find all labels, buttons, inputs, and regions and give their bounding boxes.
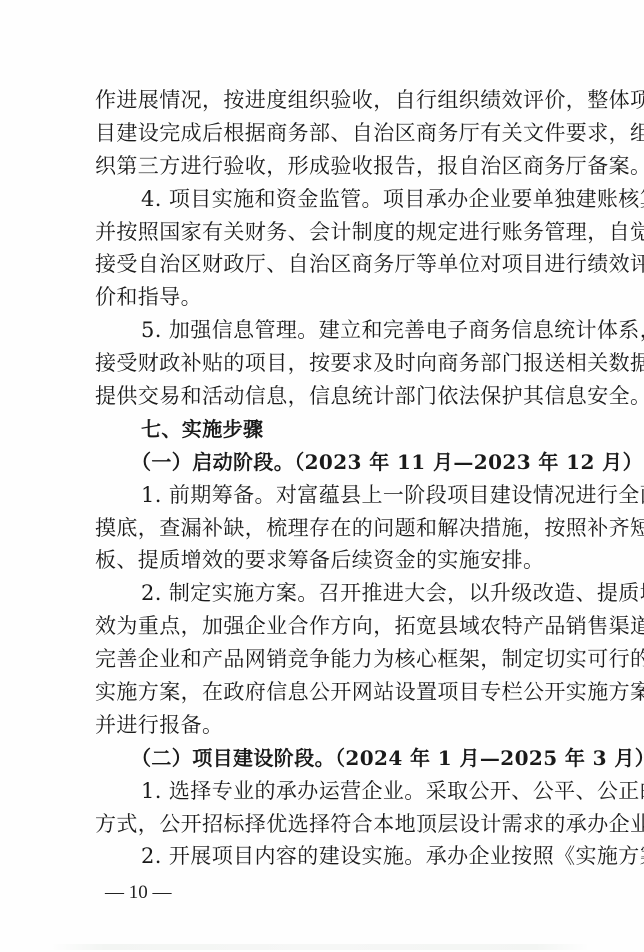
paragraph-line: 作进展情况，按进度组织验收，自行组织绩效评价，整体项 — [95, 84, 553, 117]
scan-bleed-through — [50, 944, 590, 950]
paragraph-line: 方式，公开招标择优选择符合本地顶层设计需求的承办企业。 — [95, 808, 553, 841]
paragraph-line: 并按照国家有关财务、会计制度的规定进行账务管理，自觉 — [95, 216, 553, 249]
paragraph-line: 提供交易和活动信息，信息统计部门依法保护其信息安全。 — [95, 380, 553, 413]
item-4-title-line: 4. 项目实施和资金监管。项目承办企业要单独建账核算， — [95, 183, 553, 216]
document-body: 作进展情况，按进度组织验收，自行组织绩效评价，整体项 目建设完成后根据商务部、自… — [95, 84, 553, 873]
paragraph-line: 目建设完成后根据商务部、自治区商务厅有关文件要求，组 — [95, 117, 553, 150]
paragraph-line: 织第三方进行验收，形成验收报告，报自治区商务厅备案。 — [95, 150, 553, 183]
build-step-2-title-line: 2. 开展项目内容的建设实施。承办企业按照《实施方案》 — [95, 840, 553, 873]
step-2-title-line: 2. 制定实施方案。召开推进大会，以升级改造、提质增 — [95, 577, 553, 610]
document-page: 作进展情况，按进度组织验收，自行组织绩效评价，整体项 目建设完成后根据商务部、自… — [0, 0, 644, 952]
paragraph-line: 摸底，查漏补缺，梳理存在的问题和解决措施，按照补齐短 — [95, 512, 553, 545]
item-5-title-line: 5. 加强信息管理。建立和完善电子商务信息统计体系， — [95, 314, 553, 347]
step-1-title-line: 1. 前期筹备。对富蕴县上一阶段项目建设情况进行全面 — [95, 479, 553, 512]
paragraph-line: 效为重点，加强企业合作方向，拓宽县域农特产品销售渠道， — [95, 610, 553, 643]
paragraph-line: 价和指导。 — [95, 281, 553, 314]
build-step-1-title-line: 1. 选择专业的承办运营企业。采取公开、公平、公正的 — [95, 775, 553, 808]
paragraph-line: 并进行报备。 — [95, 709, 553, 742]
paragraph-line: 完善企业和产品网销竞争能力为核心框架，制定切实可行的 — [95, 643, 553, 676]
paragraph-line: 接受财政补贴的项目，按要求及时向商务部门报送相关数据， — [95, 347, 553, 380]
subsection-heading: （一）启动阶段。（2023 年 11 月—2023 年 12 月） — [95, 446, 553, 479]
subsection-heading: （二）项目建设阶段。（2024 年 1 月—2025 年 3 月） — [95, 742, 553, 775]
section-heading: 七、实施步骤 — [95, 413, 553, 446]
page-number: — 10 — — [105, 882, 172, 904]
paragraph-line: 实施方案，在政府信息公开网站设置项目专栏公开实施方案 — [95, 676, 553, 709]
paragraph-line: 板、提质增效的要求筹备后续资金的实施安排。 — [95, 544, 553, 577]
paragraph-line: 接受自治区财政厅、自治区商务厅等单位对项目进行绩效评 — [95, 248, 553, 281]
